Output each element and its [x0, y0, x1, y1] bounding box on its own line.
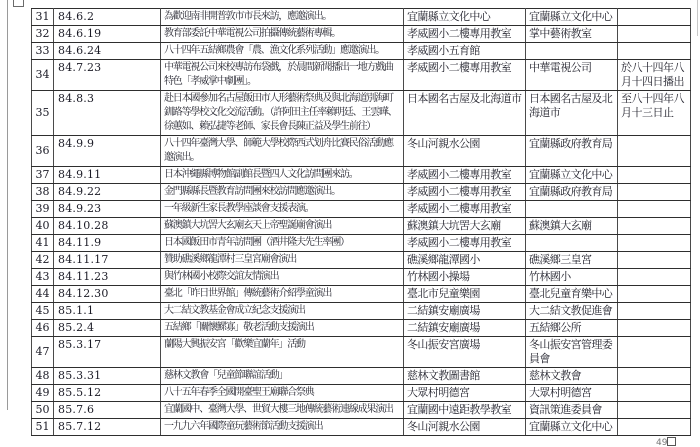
table-row: 37 84.9.11 日本沖繩縣博物館副館長暨四人文化訪問團來訪。 孝威國小二樓… — [32, 167, 691, 184]
activities-table: 31 84.6.2 為歡迎南非開普敦市市長來訪，應邀演出。 宜蘭縣立文化中心 宜… — [31, 8, 691, 436]
table-row: 36 84.9.9 八十四年臺灣大學、師範大學校際西式划舟比賽民俗活動應邀演出。… — [32, 136, 691, 167]
cell-note — [618, 26, 691, 43]
cell-description: 八十五年春季全國開臺聖王廟聯合祭典 — [161, 385, 404, 402]
cell-date: 84.6.19 — [54, 26, 161, 43]
cell-venue: 冬山振安宮廣場 — [404, 337, 526, 368]
cell-venue: 孝威國小二樓專用教室 — [404, 235, 526, 252]
cell-description: 臺北「昨日世界館」傳統藝術介紹學童演出 — [161, 286, 404, 303]
page-margin-line — [7, 0, 8, 410]
cell-organizer: 宜蘭縣政府教育局 — [526, 136, 618, 167]
cell-date: 84.8.3 — [54, 91, 161, 136]
cell-date: 84.12.30 — [54, 286, 161, 303]
cell-description: 為歡迎南非開普敦市市長來訪，應邀演出。 — [161, 9, 404, 26]
cell-row-number: 43 — [32, 269, 54, 286]
cell-note: 於八十四年八月十四日播出 — [618, 60, 691, 91]
cell-date: 84.9.11 — [54, 167, 161, 184]
cell-venue: 孝威國小二樓專用教室 — [404, 60, 526, 91]
cell-note — [618, 419, 691, 436]
cell-organizer — [526, 43, 618, 60]
cell-note — [618, 184, 691, 201]
cell-date: 84.11.23 — [54, 269, 161, 286]
cell-venue: 宜蘭縣立文化中心 — [404, 9, 526, 26]
cell-description: 宜蘭國中、臺灣大學、世貿大樓三地傳統藝術連線成果演出 — [161, 402, 404, 419]
cell-venue: 日本國名古屋及北海道市 — [404, 91, 526, 136]
cell-date: 84.10.28 — [54, 218, 161, 235]
table-row: 39 84.9.23 一年級新生家長教學座談會支援表演。 孝威國小二樓專用教室 — [32, 201, 691, 218]
table-row: 44 84.12.30 臺北「昨日世界館」傳統藝術介紹學童演出 臺北市兒童樂園 … — [32, 286, 691, 303]
table-row: 40 84.10.28 蘇澳鎮大坑罟大玄廟玄天上帝聖誕廟會演出 蘇澳鎮大坑罟大玄… — [32, 218, 691, 235]
cell-note — [618, 9, 691, 26]
cell-row-number: 50 — [32, 402, 54, 419]
cell-description: 一年級新生家長教學座談會支援表演。 — [161, 201, 404, 218]
table-row: 47 85.3.17 蘭陽大興振安宮「歡樂宜蘭年」活動 冬山振安宮廣場 冬山振安… — [32, 337, 691, 368]
cell-description: 一九九六年國際童玩藝術節活動支援演出 — [161, 419, 404, 436]
cell-note — [618, 269, 691, 286]
cell-date: 84.11.17 — [54, 252, 161, 269]
cell-date: 85.3.31 — [54, 368, 161, 385]
page-number: 49 — [656, 438, 667, 447]
cell-venue: 孝威國小二樓專用教室 — [404, 201, 526, 218]
cell-row-number: 45 — [32, 303, 54, 320]
cell-venue: 竹林國小操場 — [404, 269, 526, 286]
cell-note — [618, 218, 691, 235]
cell-note — [618, 303, 691, 320]
cell-note — [618, 167, 691, 184]
cell-note — [618, 43, 691, 60]
cell-description: 大二結文教基金會成立紀念支援演出 — [161, 303, 404, 320]
page-edge-line — [697, 0, 698, 36]
cell-date: 85.5.12 — [54, 385, 161, 402]
cell-organizer: 宜蘭縣立文化中心 — [526, 9, 618, 26]
cell-note — [618, 136, 691, 167]
table-row: 49 85.5.12 八十五年春季全國開臺聖王廟聯合祭典 大眾村明德宮 大眾村明… — [32, 385, 691, 402]
cell-description: 蘇澳鎮大坑罟大玄廟玄天上帝聖誕廟會演出 — [161, 218, 404, 235]
cell-organizer: 宜蘭縣政府教育局 — [526, 184, 618, 201]
cell-row-number: 51 — [32, 419, 54, 436]
cell-note — [618, 385, 691, 402]
table-row: 41 84.11.9 日本國飯田市青年訪問團（酒井隆夫先生率團） 孝威國小二樓專… — [32, 235, 691, 252]
cell-organizer: 資訊策進委員會 — [526, 402, 618, 419]
table-row: 33 84.6.24 八十四年五結鄉農會「農、漁文化系列活動」應邀演出。 孝威國… — [32, 43, 691, 60]
cell-row-number: 44 — [32, 286, 54, 303]
cell-row-number: 47 — [32, 337, 54, 368]
cell-date: 85.7.12 — [54, 419, 161, 436]
cell-description: 八十四年臺灣大學、師範大學校際西式划舟比賽民俗活動應邀演出。 — [161, 136, 404, 167]
table-row: 43 84.11.23 與竹林國小校際交誼友情演出 竹林國小操場 竹林國小 — [32, 269, 691, 286]
cell-row-number: 40 — [32, 218, 54, 235]
table-row: 31 84.6.2 為歡迎南非開普敦市市長來訪，應邀演出。 宜蘭縣立文化中心 宜… — [32, 9, 691, 26]
cell-row-number: 35 — [32, 91, 54, 136]
cell-organizer: 掌中藝術教室 — [526, 26, 618, 43]
cell-row-number: 32 — [32, 26, 54, 43]
cell-description: 教育部委託中華電視公司拍攝傳統藝術專輯。 — [161, 26, 404, 43]
table-row: 45 85.1.1 大二結文教基金會成立紀念支援演出 二結鎮安廟廣場 大二結文教… — [32, 303, 691, 320]
cell-organizer: 蘇澳鎮大玄廟 — [526, 218, 618, 235]
cell-venue: 冬山河親水公園 — [404, 136, 526, 167]
cell-venue: 蘇澳鎮大坑罟大玄廟 — [404, 218, 526, 235]
cell-organizer: 五結鄉公所 — [526, 320, 618, 337]
cell-organizer: 臺北兒童育樂中心 — [526, 286, 618, 303]
table-row: 42 84.11.17 贊助礁溪鄉龍潭村三皇宮廟會演出 礁溪鄉龍潭國小 礁溪鄉三… — [32, 252, 691, 269]
table-row: 38 84.9.22 金門縣縣長暨教育訪問團來校訪問應邀演出。 孝威國小二樓專用… — [32, 184, 691, 201]
cell-organizer: 中華電視公司 — [526, 60, 618, 91]
cell-date: 84.6.2 — [54, 9, 161, 26]
table-row: 48 85.3.31 慈林文教會「兒童節聯誼活動」 慈林文教圖書館 慈林文教會 — [32, 368, 691, 385]
cell-row-number: 48 — [32, 368, 54, 385]
table-resize-handle[interactable] — [667, 437, 676, 446]
cell-row-number: 49 — [32, 385, 54, 402]
cell-date: 85.2.4 — [54, 320, 161, 337]
cell-venue: 孝威國小二樓專用教室 — [404, 184, 526, 201]
cell-row-number: 38 — [32, 184, 54, 201]
cell-note — [618, 286, 691, 303]
cell-venue: 孝威國小二樓專用教室 — [404, 167, 526, 184]
cell-note — [618, 402, 691, 419]
cell-venue: 宜蘭國中遠距教學教室 — [404, 402, 526, 419]
activities-table-body: 31 84.6.2 為歡迎南非開普敦市市長來訪，應邀演出。 宜蘭縣立文化中心 宜… — [32, 9, 691, 436]
cell-organizer: 礁溪鄉三皇宮 — [526, 252, 618, 269]
cell-row-number: 36 — [32, 136, 54, 167]
cell-date: 84.6.24 — [54, 43, 161, 60]
cell-row-number: 31 — [32, 9, 54, 26]
cell-note — [618, 368, 691, 385]
cell-description: 慈林文教會「兒童節聯誼活動」 — [161, 368, 404, 385]
cell-row-number: 39 — [32, 201, 54, 218]
cell-venue: 二結鎮安廟廣場 — [404, 320, 526, 337]
cell-date: 84.11.9 — [54, 235, 161, 252]
cell-description: 與竹林國小校際交誼友情演出 — [161, 269, 404, 286]
cell-note: 至八十四年八月十三日止 — [618, 91, 691, 136]
cell-description: 赴日本國參加名古屋飯田市人形藝術祭典及與北海道別海町釧路等學校文化交流活動。（許… — [161, 91, 404, 136]
cell-venue: 冬山河親水公園 — [404, 419, 526, 436]
cell-date: 85.1.1 — [54, 303, 161, 320]
cell-organizer: 大二結文教促進會 — [526, 303, 618, 320]
cell-organizer — [526, 201, 618, 218]
cell-organizer: 宜蘭縣立文化中心 — [526, 167, 618, 184]
cell-row-number: 41 — [32, 235, 54, 252]
cell-description: 日本國飯田市青年訪問團（酒井隆夫先生率團） — [161, 235, 404, 252]
cell-venue: 孝威國小二樓專用教室 — [404, 26, 526, 43]
cell-note — [618, 320, 691, 337]
table-anchor-mark — [13, 0, 24, 7]
cell-organizer: 大眾村明德宮 — [526, 385, 618, 402]
cell-organizer — [526, 235, 618, 252]
cell-row-number: 33 — [32, 43, 54, 60]
cell-note — [618, 235, 691, 252]
cell-note — [618, 201, 691, 218]
cell-row-number: 42 — [32, 252, 54, 269]
cell-note — [618, 252, 691, 269]
cell-row-number: 34 — [32, 60, 54, 91]
table-row: 32 84.6.19 教育部委託中華電視公司拍攝傳統藝術專輯。 孝威國小二樓專用… — [32, 26, 691, 43]
cell-date: 85.3.17 — [54, 337, 161, 368]
cell-venue: 臺北市兒童樂園 — [404, 286, 526, 303]
cell-description: 八十四年五結鄉農會「農、漁文化系列活動」應邀演出。 — [161, 43, 404, 60]
cell-organizer: 宜蘭縣立文化中心 — [526, 419, 618, 436]
cell-venue: 二結鎮安廟廣場 — [404, 303, 526, 320]
table-row: 46 85.2.4 五結鄉「關懷鰥寡」敬老活動支援演出 二結鎮安廟廣場 五結鄉公… — [32, 320, 691, 337]
cell-date: 84.7.23 — [54, 60, 161, 91]
cell-organizer: 日本國名古屋及北海道市 — [526, 91, 618, 136]
cell-date: 85.7.6 — [54, 402, 161, 419]
cell-date: 84.9.9 — [54, 136, 161, 167]
table-row: 51 85.7.12 一九九六年國際童玩藝術節活動支援演出 冬山河親水公園 宜蘭… — [32, 419, 691, 436]
cell-description: 贊助礁溪鄉龍潭村三皇宮廟會演出 — [161, 252, 404, 269]
cell-row-number: 46 — [32, 320, 54, 337]
table-row: 35 84.8.3 赴日本國參加名古屋飯田市人形藝術祭典及與北海道別海町釧路等學… — [32, 91, 691, 136]
table-row: 50 85.7.6 宜蘭國中、臺灣大學、世貿大樓三地傳統藝術連線成果演出 宜蘭國… — [32, 402, 691, 419]
cell-note — [618, 337, 691, 368]
cell-date: 84.9.23 — [54, 201, 161, 218]
cell-venue: 大眾村明德宮 — [404, 385, 526, 402]
table-row: 34 84.7.23 中華電視公司來校專訪布袋戲，於晨間新聞播出一地方戲曲特色「… — [32, 60, 691, 91]
cell-date: 84.9.22 — [54, 184, 161, 201]
cell-description: 金門縣縣長暨教育訪問團來校訪問應邀演出。 — [161, 184, 404, 201]
cell-venue: 慈林文教圖書館 — [404, 368, 526, 385]
cell-description: 五結鄉「關懷鰥寡」敬老活動支援演出 — [161, 320, 404, 337]
cell-row-number: 37 — [32, 167, 54, 184]
cell-organizer: 冬山振安宮管理委員會 — [526, 337, 618, 368]
cell-description: 日本沖繩縣博物館副館長暨四人文化訪問團來訪。 — [161, 167, 404, 184]
cell-venue: 礁溪鄉龍潭國小 — [404, 252, 526, 269]
cell-venue: 孝威國小五育館 — [404, 43, 526, 60]
cell-description: 蘭陽大興振安宮「歡樂宜蘭年」活動 — [161, 337, 404, 368]
cell-organizer: 竹林國小 — [526, 269, 618, 286]
cell-organizer: 慈林文教會 — [526, 368, 618, 385]
cell-description: 中華電視公司來校專訪布袋戲，於晨間新聞播出一地方戲曲特色「孝威掌中劇團」。 — [161, 60, 404, 91]
